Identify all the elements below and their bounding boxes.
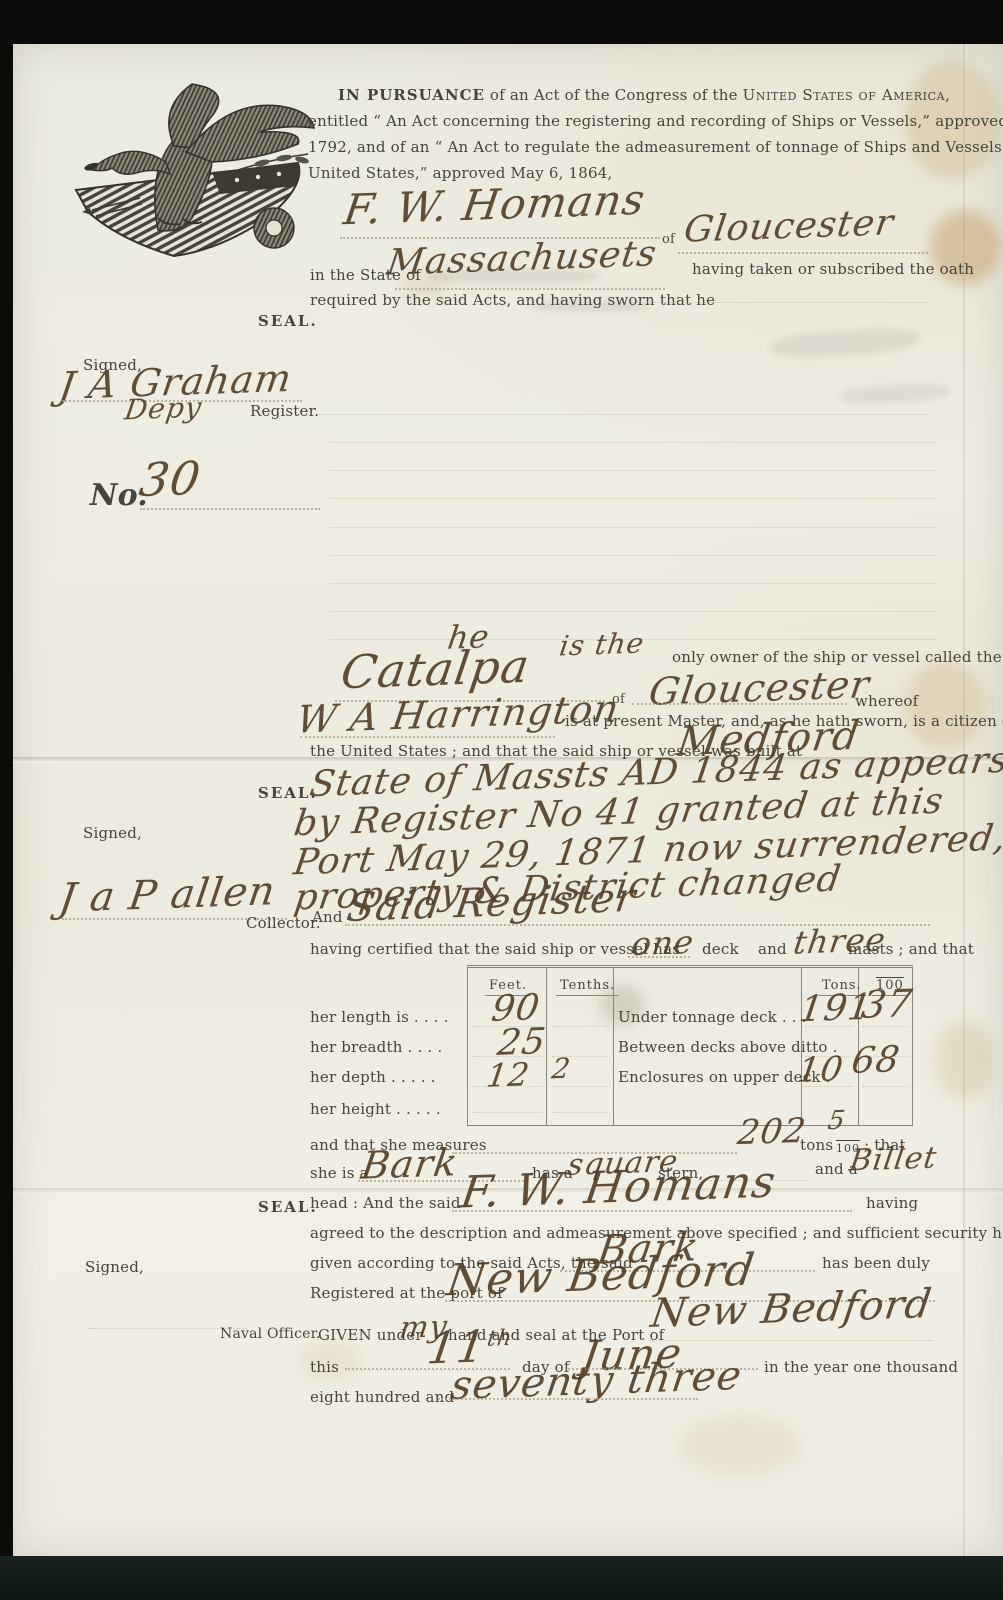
under-tonnage-hundredths: 37	[859, 981, 916, 1027]
intro-line-3: 1792, and of an “ An Act to regulate the…	[308, 138, 1003, 156]
eight-hundred-label: eight hundred and	[310, 1388, 454, 1406]
seal-label-1: SEAL.	[258, 312, 318, 330]
seal-label-2: SEAL.	[258, 784, 318, 802]
signed-label-3: Signed,	[85, 1258, 144, 1276]
scanned-document: IN PURSUANCE of an Act of the Congress o…	[0, 0, 1003, 1600]
and-label-2: and	[758, 940, 787, 958]
masts-label: masts ; and that	[848, 940, 974, 958]
row-length-label: her length is . . . .	[310, 1008, 449, 1026]
register-label: Register.	[250, 402, 319, 420]
is-the-handwritten: is the	[557, 627, 646, 663]
required-line: required by the said Acts, and having sw…	[310, 291, 715, 309]
year-line-label: in the year one thousand	[764, 1358, 958, 1376]
this-label: this	[310, 1358, 339, 1376]
enclosures-tons: 10	[795, 1049, 846, 1091]
enclosures-hundredths: 68	[849, 1039, 903, 1082]
oath-city-handwritten: Gloucester	[682, 202, 897, 250]
duly-label: has been duly	[822, 1254, 930, 1272]
in-pursuance: IN PURSUANCE	[338, 86, 485, 104]
seal-label-3: SEAL.	[258, 1198, 318, 1216]
certified-line: having certified that the said ship or v…	[310, 940, 680, 958]
of-label: of	[662, 232, 675, 247]
united-states-smallcaps: United States of America,	[743, 86, 951, 104]
and-label: And	[312, 908, 343, 926]
number-value-handwritten: 30	[136, 451, 205, 507]
oath-right-text: having taken or subscribed the oath	[692, 260, 974, 278]
naval-officer-label: Naval Officer.	[220, 1326, 321, 1342]
col-tenths: Tenths.	[556, 978, 619, 996]
row-depth-label: her depth . . . . .	[310, 1068, 436, 1086]
under-tonnage-label: Under tonnage deck . . .	[618, 1008, 807, 1026]
whereof-label: whereof	[855, 692, 918, 710]
intro-line-1: IN PURSUANCE of an Act of the Congress o…	[338, 86, 951, 104]
scan-background	[0, 1556, 1003, 1600]
deck-label: deck	[702, 940, 739, 958]
eagle-shield-engraving-icon	[62, 68, 317, 263]
having-label: having	[866, 1194, 918, 1212]
intro-line-2: entitled “ An Act concerning the registe…	[308, 112, 1003, 130]
collector-label: Collector.	[246, 914, 321, 932]
depth-feet-value: 12	[484, 1055, 532, 1094]
row-height-label: her height . . . . .	[310, 1100, 441, 1118]
head-type-handwritten: Billet	[847, 1140, 939, 1178]
signed-label-2: Signed,	[83, 824, 142, 842]
day-suffix: th	[485, 1326, 514, 1352]
head-said-label: head : And the said	[310, 1194, 461, 1212]
intro-line-1b: of an Act of the Congress of the	[485, 86, 743, 104]
row-breadth-label: her breadth . . . .	[310, 1038, 442, 1056]
register-signature-title: Depy	[122, 391, 204, 427]
measures-value-handwritten: 202	[735, 1111, 809, 1153]
vessel-port-handwritten: Gloucester	[646, 662, 872, 714]
tons-label: tons	[800, 1136, 833, 1154]
